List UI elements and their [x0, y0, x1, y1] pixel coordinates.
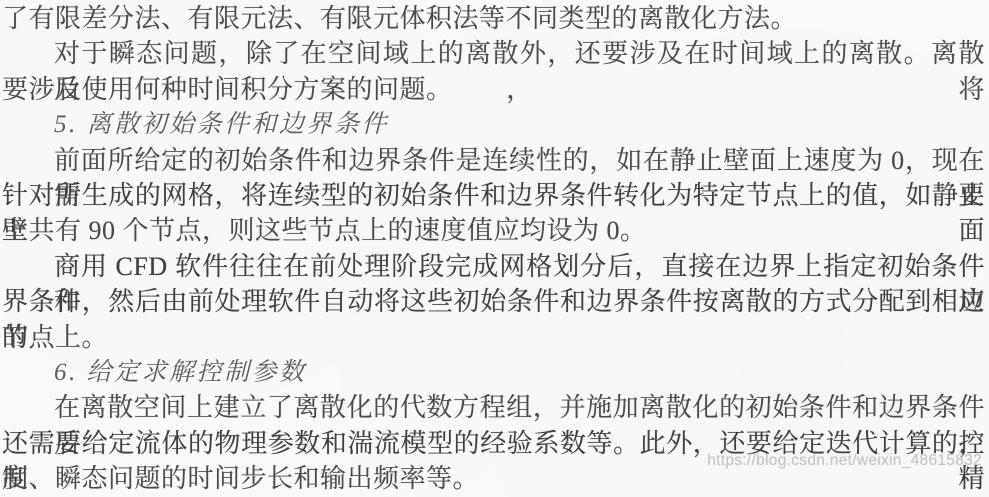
text-line: 了有限差分法、有限元法、有限元体积法等不同类型的离散化方法。 [2, 1, 985, 36]
scanned-document-page: 了有限差分法、有限元法、有限元体积法等不同类型的离散化方法。 对于瞬态问题，除了… [0, 0, 989, 497]
section-heading-6: 6. 给定求解控制参数 [2, 355, 985, 390]
text-line: 前面所给定的初始条件和边界条件是连续性的，如在静止壁面上速度为 0，现在需要 [2, 143, 985, 178]
text-line: 界条件，然后由前处理软件自动将这些初始条件和边界条件按离散的方式分配到相应的 [2, 284, 985, 319]
text-line: 商用 CFD 软件往往在前处理阶段完成网格划分后，直接在边界上指定初始条件和边 [2, 249, 985, 284]
text-line: 在离散空间上建立了离散化的代数方程组，并施加离散化的初始条件和边界条件后， [2, 390, 985, 425]
text-line: 节点上。 [2, 320, 985, 355]
csdn-blog-watermark: https://blog.csdn.net/weixin_48615832 [707, 452, 982, 470]
text-line: 对于瞬态问题，除了在空间域上的离散外，还要涉及在时间域上的离散。离散后，将 [2, 36, 985, 71]
text-line: 针对所生成的网格，将连续型的初始条件和边界条件转化为特定节点上的值，如静止壁面 [2, 178, 985, 213]
section-heading-5: 5. 离散初始条件和边界条件 [2, 107, 985, 142]
